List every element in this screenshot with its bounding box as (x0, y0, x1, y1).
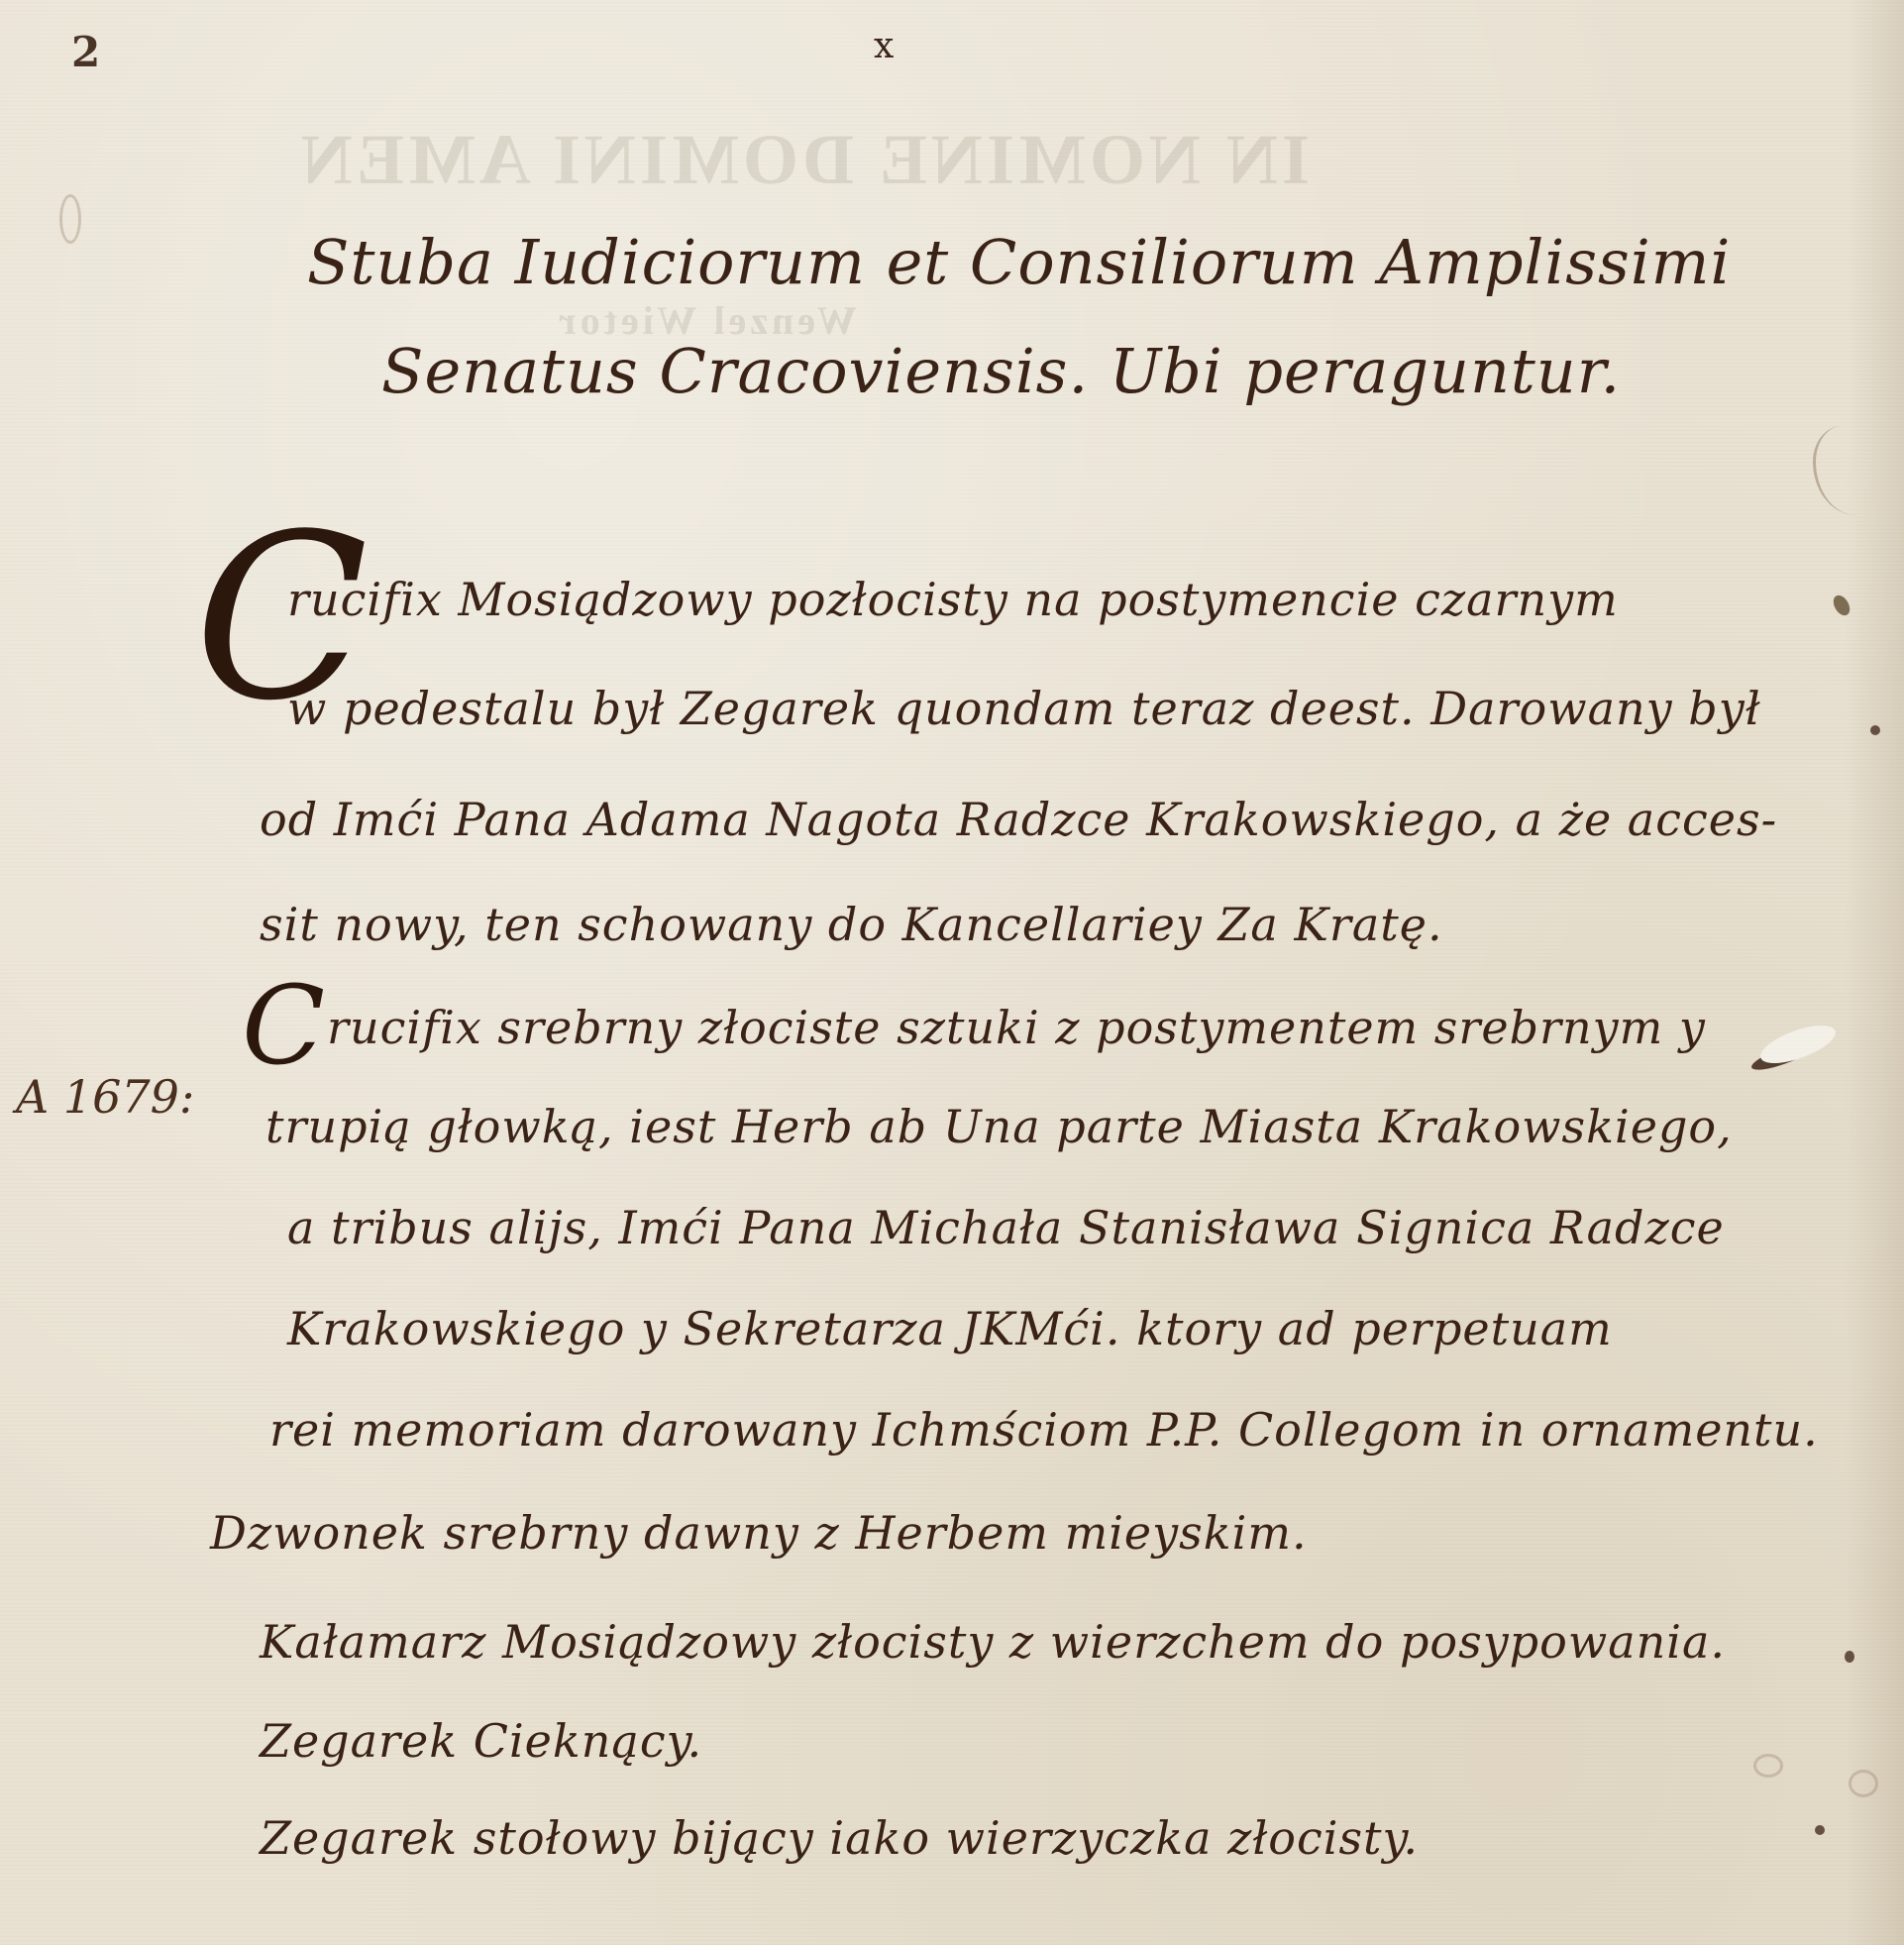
ink-blot (1870, 725, 1880, 735)
manuscript-page: IN NOMINE DOMINI AMEN Wenzel Wietor 2 x … (0, 0, 1904, 1945)
bleed-through-text: IN NOMINE DOMINI AMEN (297, 119, 1310, 201)
entry-2-line-4: Krakowskiego y Sekretarza JKMći. ktory a… (287, 1302, 1613, 1355)
entry-2-line-2: trupią głowką, iest Herb ab Una parte Mi… (265, 1100, 1733, 1153)
title-line-1: Stuba Iudiciorum et Consiliorum Amplissi… (307, 226, 1731, 298)
entry-1-line-2: w pedestalu był Zegarek quondam teraz de… (287, 682, 1761, 735)
ink-smear (1756, 1018, 1841, 1071)
paper-hole (59, 194, 81, 244)
entry-2-line-3: a tribus alijs, Imći Pana Michała Stanis… (287, 1201, 1725, 1254)
ink-blot (1815, 1825, 1825, 1835)
paper-hole (1753, 1754, 1783, 1778)
entry-2-line-5: rei memoriam darowany Ichmściom P.P. Col… (269, 1403, 1819, 1457)
folio-number: 2 (71, 28, 100, 76)
entry-2-line-1: rucifix srebrny złociste sztuki z postym… (327, 1001, 1706, 1054)
entry-6-line-1: Zegarek stołowy bijący iako wierzyczka z… (260, 1811, 1419, 1865)
entry-1-line-3: od Imći Pana Adama Nagota Radzce Krakows… (260, 793, 1777, 846)
top-mark: x (874, 26, 894, 66)
margin-date-note: A 1679: (16, 1070, 194, 1124)
title-line-2: Senatus Cracoviensis. Ubi peraguntur. (381, 335, 1621, 407)
entry-5-line-1: Zegarek Cieknący. (260, 1714, 702, 1768)
entry-3-line-1: Dzwonek srebrny dawny z Herbem mieyskim. (210, 1506, 1308, 1560)
paper-tear (1813, 426, 1885, 515)
entry-4-line-1: Kałamarz Mosiądzowy złocisty z wierzchem… (260, 1615, 1726, 1669)
entry-1-line-1: rucifix Mosiądzowy pozłocisty na postyme… (287, 573, 1619, 626)
paper-hole (1849, 1770, 1878, 1797)
drop-cap: C (242, 971, 325, 1080)
ink-blot (1845, 1651, 1854, 1663)
entry-1-line-4: sit nowy, ten schowany do Kancellariey Z… (260, 898, 1443, 951)
